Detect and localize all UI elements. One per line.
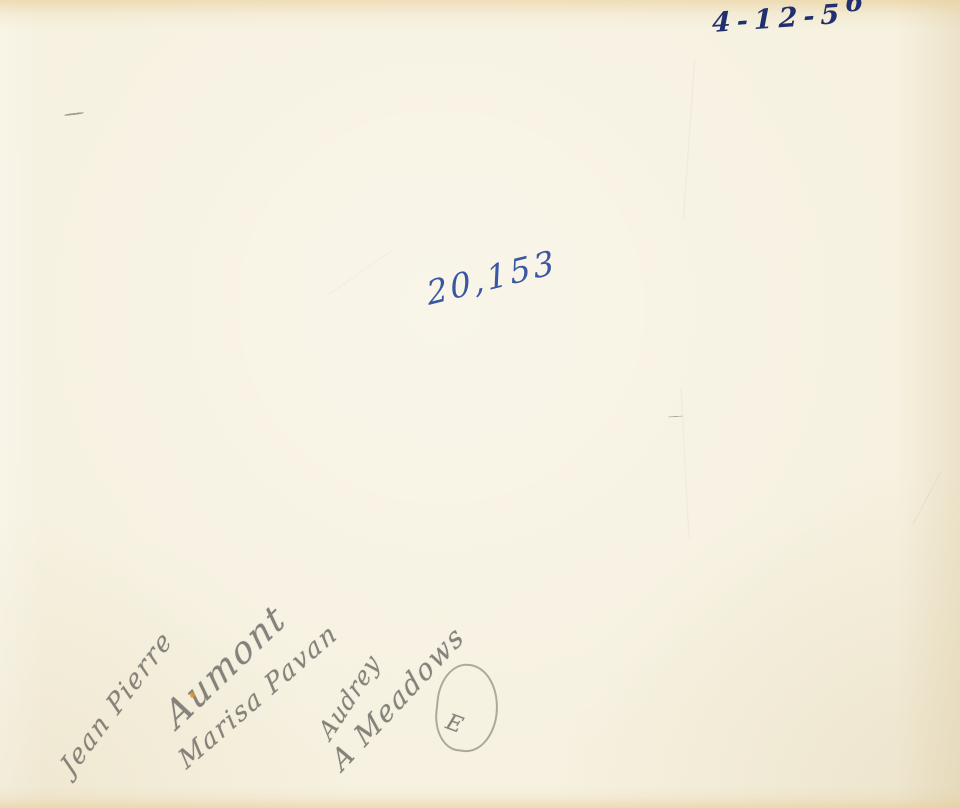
paper-fleck	[190, 692, 195, 698]
photo-back-scan: { "paper": { "base_color": "#f6f1e0", "e…	[0, 0, 960, 808]
pencil-circled-letter: E	[442, 710, 466, 739]
handwritten-date-superscript: 6	[845, 0, 863, 19]
